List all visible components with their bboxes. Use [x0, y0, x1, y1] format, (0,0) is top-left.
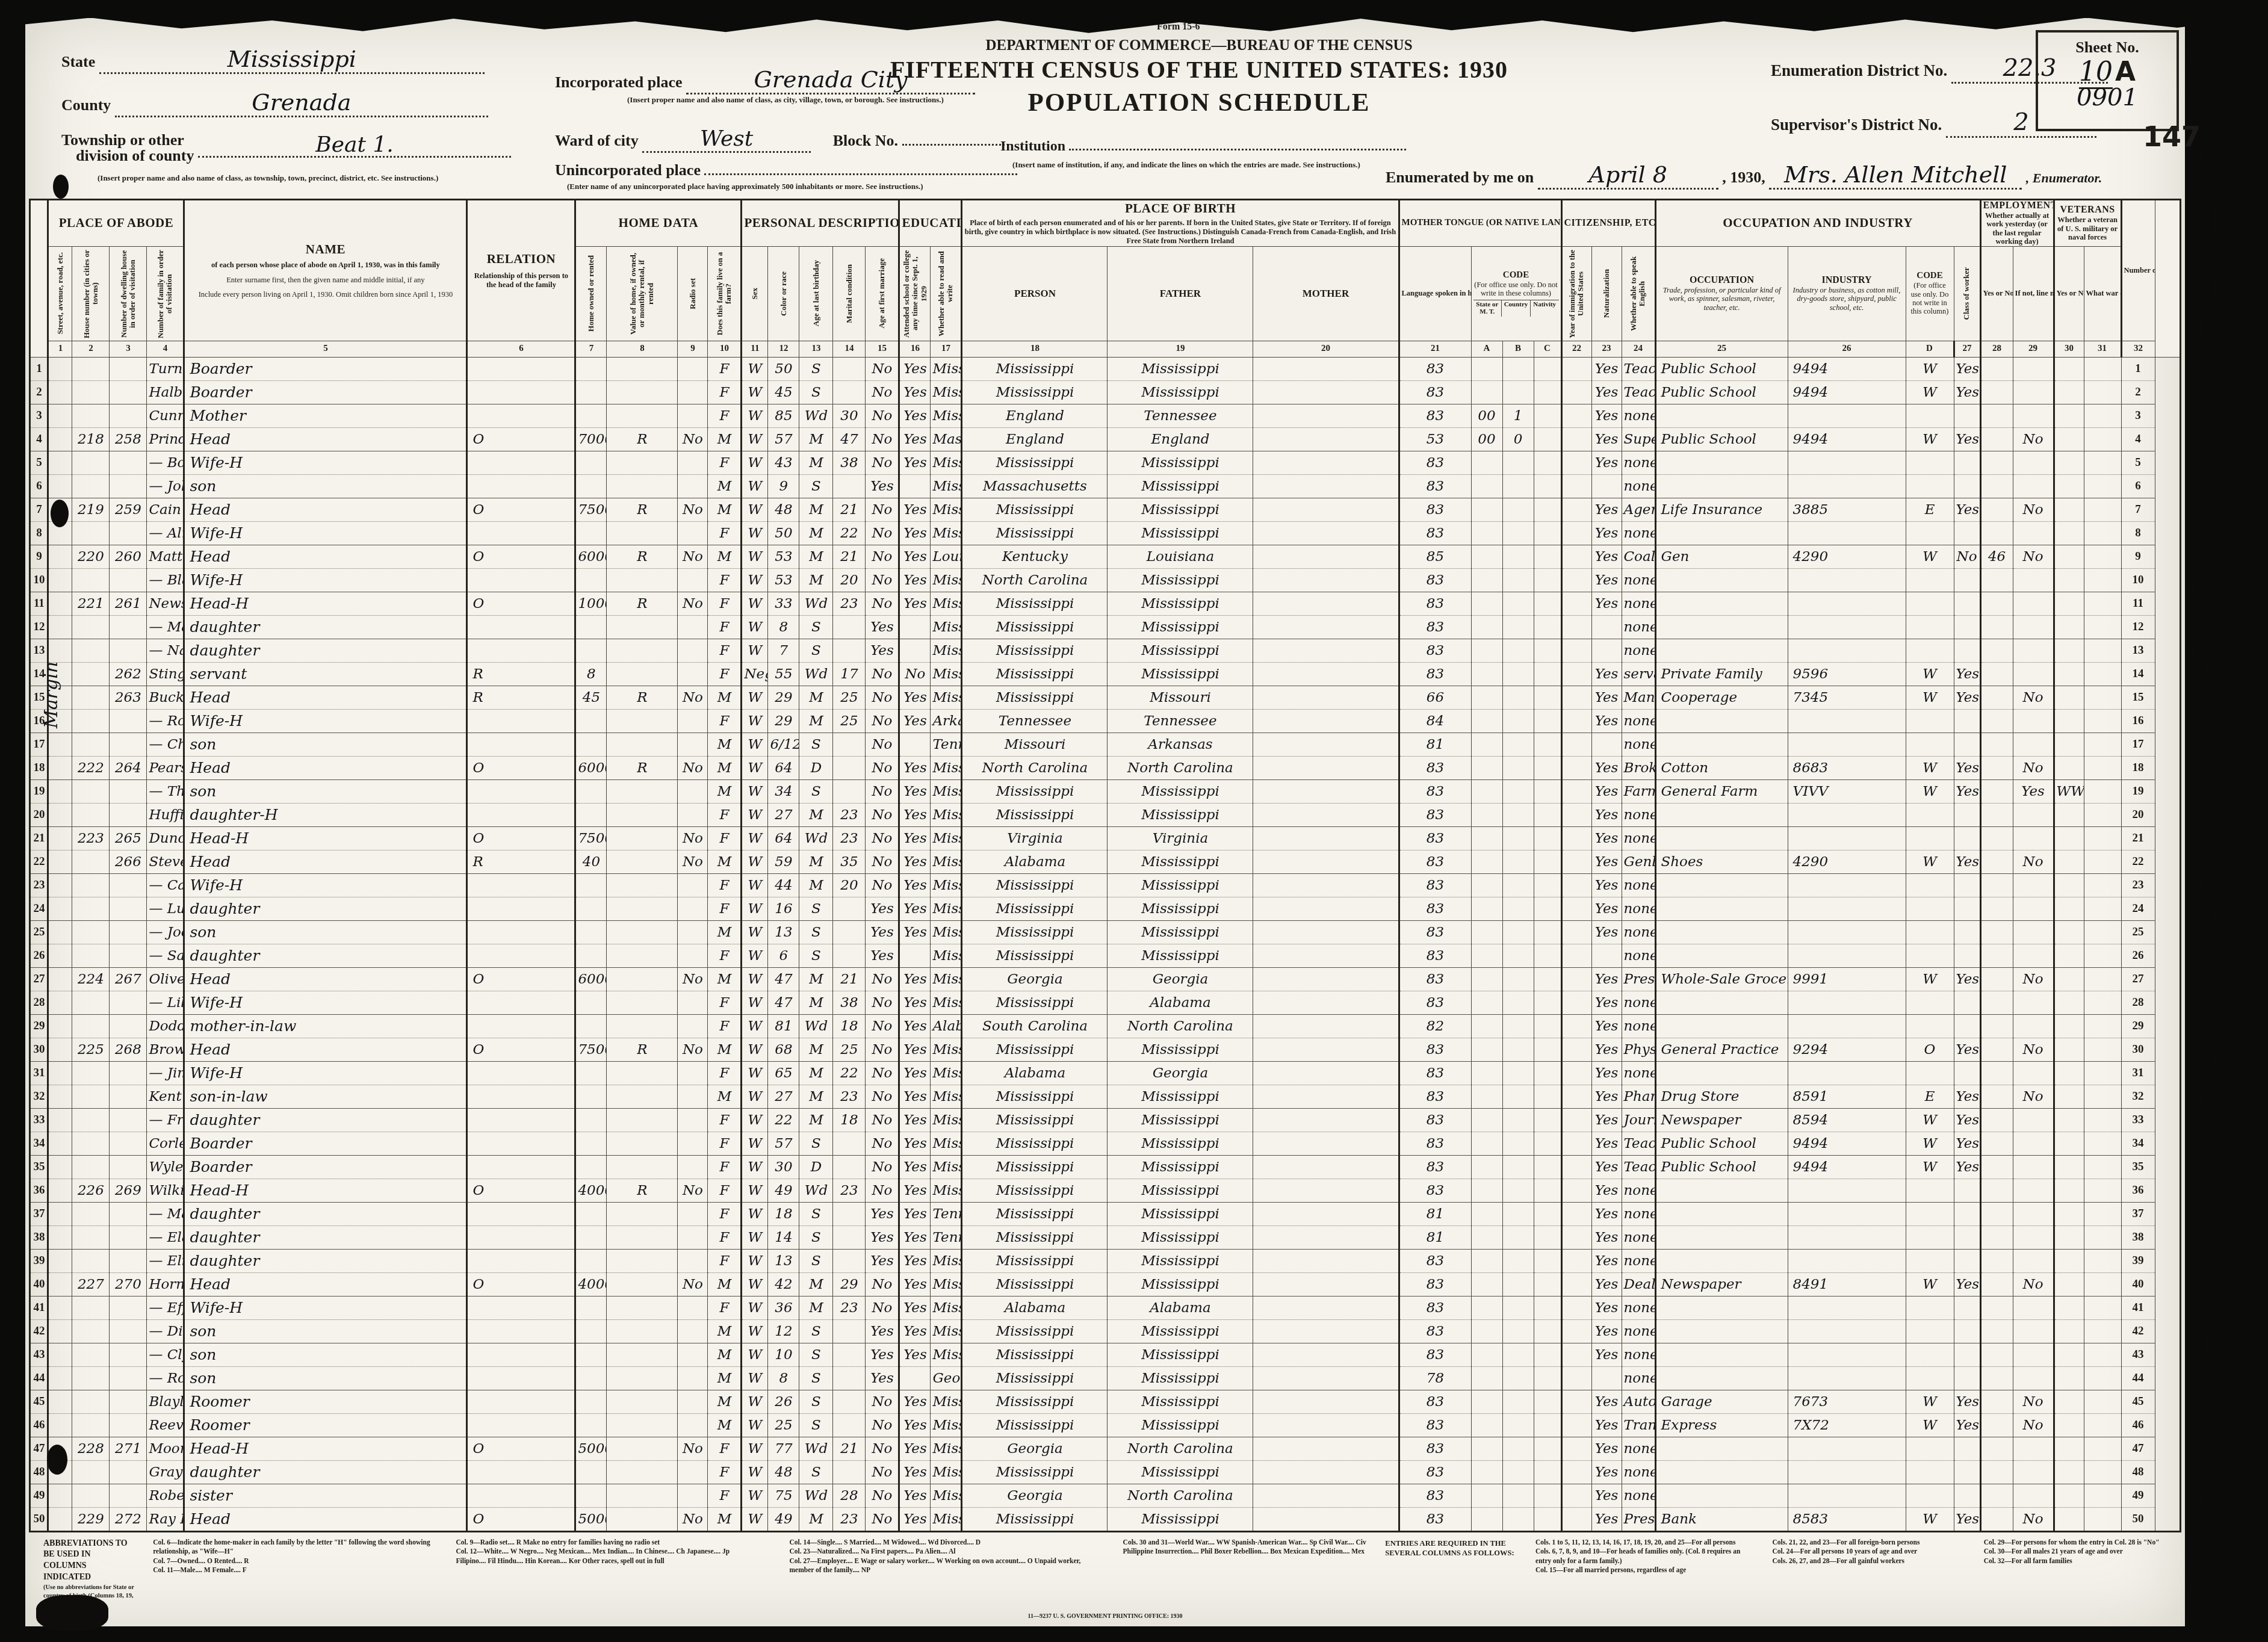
- cell-color: 6: [768, 944, 799, 967]
- cell-age: S: [799, 357, 833, 380]
- cell-industry: 9494: [1788, 380, 1906, 404]
- table-row: 46Reeves FrankRoomerMW25SNoYesMississipp…: [30, 1413, 2180, 1437]
- cell-radio: No: [678, 1437, 708, 1460]
- col-birth-father: FATHER: [1108, 246, 1253, 341]
- cell-marital: 47: [833, 427, 866, 451]
- cell-age-married: No: [866, 1390, 899, 1413]
- cell-code-a: [1471, 686, 1502, 709]
- cell-at-work: [1980, 944, 2013, 967]
- cell-industry: 9494: [1788, 1155, 1906, 1179]
- col-family-number: Number of family in order of visitation: [147, 246, 184, 341]
- cell-age: S: [799, 1366, 833, 1390]
- cell-naturalization: Yes: [1591, 803, 1622, 826]
- table-row: 45Blaylock GeorgeRoomerMW26SNoYesMississ…: [30, 1390, 2180, 1413]
- cell-code-a: [1471, 1319, 1502, 1343]
- cell-family: — Thomas: [147, 779, 184, 803]
- cell-read: Mississippi: [931, 404, 962, 427]
- cell-english: Teacher: [1622, 1132, 1655, 1155]
- cell-war: [2084, 404, 2121, 427]
- line-number-left: 6: [30, 474, 48, 498]
- cell-unemployment-line: [2013, 733, 2054, 756]
- cell-industry: [1788, 474, 1906, 498]
- cell-dwelling: [110, 1155, 147, 1179]
- cell-name: Mother: [184, 404, 467, 427]
- cell-tongue: 83: [1399, 1108, 1471, 1132]
- cell-tongue: 82: [1399, 1014, 1471, 1038]
- line-col-right: [2155, 200, 2180, 358]
- cell-class: [1954, 1225, 1980, 1249]
- cell-color: 12: [768, 1319, 799, 1343]
- cell-industry: 9494: [1788, 427, 1906, 451]
- cell-code-d: [1906, 897, 1954, 920]
- cell-code-c: [1534, 568, 1561, 592]
- cell-at-work: [1980, 1038, 2013, 1061]
- cell-unemployment-line: [2013, 357, 2054, 380]
- cell-marital: 25: [833, 686, 866, 709]
- cell-naturalization: [1591, 615, 1622, 639]
- cell-farm: F: [708, 404, 742, 427]
- cell-radio: No: [678, 967, 708, 991]
- cell-english: none: [1622, 639, 1655, 662]
- cell-naturalization: Yes: [1591, 1390, 1622, 1413]
- cell-value: [607, 873, 678, 897]
- cell-naturalization: Yes: [1591, 1460, 1622, 1484]
- cell-dwelling: [110, 944, 147, 967]
- cell-code-a: [1471, 521, 1502, 545]
- cell-veteran: [2054, 404, 2084, 427]
- cell-naturalization: Yes: [1591, 357, 1622, 380]
- cell-at-work: [1980, 1437, 2013, 1460]
- cell-birth-person: Mississippi: [962, 1225, 1108, 1249]
- cell-immigration: [1561, 498, 1591, 521]
- cell-school: Yes: [899, 451, 931, 474]
- cell-value: R: [607, 498, 678, 521]
- cell-school: Yes: [899, 1319, 931, 1343]
- table-row: 11221261Newsom Mary E.Head-HO10000RNoFW3…: [30, 592, 2180, 615]
- cell-name: Roomer: [184, 1390, 467, 1413]
- cell-school: Yes: [899, 709, 931, 733]
- cell-name: Head: [184, 545, 467, 568]
- cell-age: Wd: [799, 1014, 833, 1038]
- cell-birth-person: Mississippi: [962, 1343, 1108, 1366]
- cell-occupation: [1655, 944, 1788, 967]
- cell-tongue: 83: [1399, 1484, 1471, 1507]
- cell-industry: 8594: [1788, 1108, 1906, 1132]
- line-number-right: 28: [2121, 991, 2155, 1014]
- schedule-subtitle: POPULATION SCHEDULE: [940, 88, 1458, 117]
- cell-code-c: [1534, 427, 1561, 451]
- cell-farm: M: [708, 756, 742, 779]
- cell-family: Stingly Anna: [147, 662, 184, 686]
- cell-veteran: [2054, 545, 2084, 568]
- cell-family: Moore Bettie R.: [147, 1437, 184, 1460]
- cell-age-married: No: [866, 521, 899, 545]
- cell-naturalization: Yes: [1591, 1343, 1622, 1366]
- cell-farm: M: [708, 779, 742, 803]
- cell-war: [2084, 991, 2121, 1014]
- cell-birth-person: Mississippi: [962, 1413, 1108, 1437]
- cell-code-a: [1471, 1507, 1502, 1531]
- cell-age: D: [799, 1155, 833, 1179]
- cell-name: son: [184, 1366, 467, 1390]
- cell-street: [48, 1202, 72, 1225]
- cell-at-work: [1980, 1484, 2013, 1507]
- line-number-left: 24: [30, 897, 48, 920]
- cell-radio: [678, 404, 708, 427]
- cell-naturalization: [1591, 1366, 1622, 1390]
- table-row: 41— EffieWife-HFW36M23NoYesMississippiAl…: [30, 1296, 2180, 1319]
- cell-industry: [1788, 873, 1906, 897]
- cell-birth-person: Mississippi: [962, 615, 1108, 639]
- column-number-9: 9: [678, 341, 708, 357]
- column-number-10: 10: [708, 341, 742, 357]
- cell-age: M: [799, 1108, 833, 1132]
- cell-veteran: [2054, 1202, 2084, 1225]
- col-color-race: Color or race: [768, 246, 799, 341]
- table-row: 36226269Wilkins ElaiseHead-HO4000RNoFW49…: [30, 1179, 2180, 1202]
- cell-birth-father: Mississippi: [1108, 1225, 1253, 1249]
- cell-at-work: [1980, 1108, 2013, 1132]
- cell-unemployment-line: No: [2013, 967, 2054, 991]
- cell-class: [1954, 897, 1980, 920]
- cell-birth-father: Mississippi: [1108, 1390, 1253, 1413]
- abbr-block-3: Col. 14—Single.... S Married.... M Widow…: [790, 1538, 1105, 1609]
- cell-house: [72, 803, 110, 826]
- cell-birth-mother: [1253, 1155, 1399, 1179]
- cell-tongue: 66: [1399, 686, 1471, 709]
- line-number-left: 50: [30, 1507, 48, 1531]
- cell-industry: [1788, 615, 1906, 639]
- cell-class: [1954, 474, 1980, 498]
- cell-house: [72, 1249, 110, 1272]
- cell-sex: W: [742, 1343, 768, 1366]
- cell-occupation: [1655, 1014, 1788, 1038]
- line-number-left: 31: [30, 1061, 48, 1085]
- cell-industry: [1788, 1484, 1906, 1507]
- cell-sex: W: [742, 1507, 768, 1531]
- cell-farm: F: [708, 1179, 742, 1202]
- cell-relation: [467, 1366, 575, 1390]
- cell-age: M: [799, 568, 833, 592]
- cell-age-married: No: [866, 709, 899, 733]
- cell-war: [2084, 1132, 2121, 1155]
- cell-naturalization: Yes: [1591, 1225, 1622, 1249]
- cell-school: Yes: [899, 545, 931, 568]
- cell-class: [1954, 1179, 1980, 1202]
- cell-industry: 9494: [1788, 1132, 1906, 1155]
- cell-birth-father: Arkansas: [1108, 733, 1253, 756]
- cell-street: [48, 756, 72, 779]
- col-dwelling-number: Number of dwelling house in order of vis…: [110, 246, 147, 341]
- cell-color: 8: [768, 1366, 799, 1390]
- cell-code-c: [1534, 380, 1561, 404]
- cell-house: 223: [72, 826, 110, 850]
- cell-value: [607, 803, 678, 826]
- paper-sheet: Form 15-6 DEPARTMENT OF COMMERCE—BUREAU …: [25, 18, 2185, 1630]
- cell-at-work: [1980, 1319, 2013, 1343]
- cell-naturalization: Yes: [1591, 1484, 1622, 1507]
- cell-color: 18: [768, 1202, 799, 1225]
- cell-marital: 23: [833, 826, 866, 850]
- cell-name: Head: [184, 756, 467, 779]
- line-number-left: 44: [30, 1366, 48, 1390]
- cell-naturalization: Yes: [1591, 1038, 1622, 1061]
- cell-class: [1954, 826, 1980, 850]
- cell-code-c: [1534, 1343, 1561, 1366]
- cell-house: [72, 1343, 110, 1366]
- cell-birth-mother: [1253, 709, 1399, 733]
- cell-farm: F: [708, 639, 742, 662]
- cell-age-married: Yes: [866, 1249, 899, 1272]
- cell-name: sister: [184, 1484, 467, 1507]
- cell-english: none: [1622, 1319, 1655, 1343]
- cell-family: Cunningham Sarah: [147, 404, 184, 427]
- cell-owned: 7000: [575, 427, 607, 451]
- cell-code-d: [1906, 709, 1954, 733]
- line-number-left: 38: [30, 1225, 48, 1249]
- cell-dwelling: 264: [110, 756, 147, 779]
- cell-birth-father: Mississippi: [1108, 615, 1253, 639]
- cell-house: [72, 357, 110, 380]
- cell-unemployment-line: [2013, 1202, 2054, 1225]
- cell-color: 47: [768, 991, 799, 1014]
- cell-industry: 9991: [1788, 967, 1906, 991]
- cell-name: Boarder: [184, 357, 467, 380]
- cell-tongue: 83: [1399, 1319, 1471, 1343]
- cell-family: — Alma P.: [147, 521, 184, 545]
- cell-sex: W: [742, 826, 768, 850]
- cell-name: Head-H: [184, 1179, 467, 1202]
- cell-color: 14: [768, 1225, 799, 1249]
- cell-war: [2084, 498, 2121, 521]
- cell-code-b: [1502, 498, 1534, 521]
- cell-english: Broker: [1622, 756, 1655, 779]
- cell-at-work: [1980, 380, 2013, 404]
- cell-house: [72, 568, 110, 592]
- cell-school: Yes: [899, 1507, 931, 1531]
- cell-tongue: 83: [1399, 1061, 1471, 1085]
- cell-color: 85: [768, 404, 799, 427]
- line-number-right: 47: [2121, 1437, 2155, 1460]
- cell-veteran: WW: [2054, 779, 2084, 803]
- cell-birth-person: Alabama: [962, 1061, 1108, 1085]
- cell-age: S: [799, 1460, 833, 1484]
- cell-english: none: [1622, 826, 1655, 850]
- cell-marital: 18: [833, 1014, 866, 1038]
- cell-english: none: [1622, 944, 1655, 967]
- cell-occupation: [1655, 803, 1788, 826]
- line-number-left: 19: [30, 779, 48, 803]
- table-row: 50229272Ray Henry J.HeadO5000NoMW49M23No…: [30, 1507, 2180, 1531]
- cell-code-a: [1471, 662, 1502, 686]
- col-read-write: Whether able to read and write: [931, 246, 962, 341]
- cell-industry: 8591: [1788, 1085, 1906, 1108]
- cell-english: Dealer: [1622, 1272, 1655, 1296]
- cell-family: Mattingly Kemp: [147, 545, 184, 568]
- cell-marital: [833, 1155, 866, 1179]
- cell-naturalization: Yes: [1591, 380, 1622, 404]
- cell-immigration: [1561, 1249, 1591, 1272]
- cell-color: 53: [768, 568, 799, 592]
- cell-code-d: [1906, 1460, 1954, 1484]
- cell-birth-father: England: [1108, 427, 1253, 451]
- cell-radio: [678, 451, 708, 474]
- cell-naturalization: [1591, 944, 1622, 967]
- cell-color: 44: [768, 873, 799, 897]
- cell-immigration: [1561, 1460, 1591, 1484]
- cell-immigration: [1561, 1343, 1591, 1366]
- cell-at-work: [1980, 1343, 2013, 1366]
- cell-war: [2084, 779, 2121, 803]
- cell-code-c: [1534, 1484, 1561, 1507]
- cell-sex: W: [742, 521, 768, 545]
- line-number-left: 26: [30, 944, 48, 967]
- column-number-26: 26: [1788, 341, 1906, 357]
- cell-sex: W: [742, 1296, 768, 1319]
- cell-code-b: [1502, 1507, 1534, 1531]
- table-body: 1Turner EttaBoarderFW50SNoYesMississippi…: [30, 357, 2180, 1531]
- cell-age: M: [799, 451, 833, 474]
- cell-unemployment-line: [2013, 1484, 2054, 1507]
- census-page: Form 15-6 DEPARTMENT OF COMMERCE—BUREAU …: [0, 0, 2268, 1642]
- cell-school: Yes: [899, 1014, 931, 1038]
- cell-value: [607, 1272, 678, 1296]
- column-number-25: 25: [1655, 341, 1788, 357]
- cell-name: son: [184, 1319, 467, 1343]
- table-row: 37— Mary B.daughterFW18SYesYesTennesseeM…: [30, 1202, 2180, 1225]
- cell-birth-person: Mississippi: [962, 1155, 1108, 1179]
- cell-value: [607, 1437, 678, 1460]
- cell-age-married: No: [866, 380, 899, 404]
- cell-birth-person: South Carolina: [962, 1014, 1108, 1038]
- cell-code-d: [1906, 1179, 1954, 1202]
- cell-read: Mississippi: [931, 521, 962, 545]
- line-number-left: 22: [30, 850, 48, 873]
- cell-birth-person: Mississippi: [962, 639, 1108, 662]
- cell-family: Stevens Joe: [147, 850, 184, 873]
- table-row: 27224267Oliver James H.HeadO6000NoMW47M2…: [30, 967, 2180, 991]
- cell-relation: O: [467, 1038, 575, 1061]
- cell-immigration: [1561, 1108, 1591, 1132]
- cell-at-work: [1980, 521, 2013, 545]
- block-value: [902, 144, 1005, 146]
- cell-occupation: [1655, 568, 1788, 592]
- cell-english: Trans. Clerk: [1622, 1413, 1655, 1437]
- cell-farm: F: [708, 897, 742, 920]
- enumerator-label: , Enumerator.: [2026, 170, 2102, 185]
- cell-birth-mother: [1253, 404, 1399, 427]
- cell-code-b: 1: [1502, 404, 1534, 427]
- cell-code-b: [1502, 521, 1534, 545]
- cell-class: Yes: [1954, 1085, 1980, 1108]
- cell-immigration: [1561, 521, 1591, 545]
- cell-school: Yes: [899, 967, 931, 991]
- cell-relation: [467, 380, 575, 404]
- cell-sex: W: [742, 474, 768, 498]
- cell-marital: 29: [833, 1272, 866, 1296]
- cell-birth-person: Kentucky: [962, 545, 1108, 568]
- cell-school: Yes: [899, 1132, 931, 1155]
- cell-color: 42: [768, 1272, 799, 1296]
- cell-class: Yes: [1954, 1507, 1980, 1531]
- cell-street: [48, 427, 72, 451]
- cell-war: [2084, 1272, 2121, 1296]
- cell-age-married: No: [866, 427, 899, 451]
- cell-at-work: [1980, 850, 2013, 873]
- cell-veteran: [2054, 944, 2084, 967]
- cell-relation: R: [467, 662, 575, 686]
- cell-owned: [575, 474, 607, 498]
- line-number-left: 41: [30, 1296, 48, 1319]
- cell-immigration: [1561, 1038, 1591, 1061]
- cell-sex: W: [742, 545, 768, 568]
- col-street: Street, avenue, road, etc.: [48, 246, 72, 341]
- cell-marital: 22: [833, 1061, 866, 1085]
- cell-street: [48, 451, 72, 474]
- line-number-right: 39: [2121, 1249, 2155, 1272]
- cell-class: Yes: [1954, 1390, 1980, 1413]
- cell-birth-mother: [1253, 568, 1399, 592]
- cell-naturalization: Yes: [1591, 1507, 1622, 1531]
- table-row: 22266Stevens JoeHeadR40NoMW59M35NoYesMis…: [30, 850, 2180, 873]
- cell-owned: [575, 1155, 607, 1179]
- cell-owned: [575, 991, 607, 1014]
- cell-code-a: [1471, 826, 1502, 850]
- cell-owned: [575, 615, 607, 639]
- cell-birth-mother: [1253, 1272, 1399, 1296]
- cell-street: [48, 826, 72, 850]
- cell-relation: [467, 451, 575, 474]
- table-row: 44— RobertsonMW8SYesGeorgiaMississippiMi…: [30, 1366, 2180, 1390]
- cell-english: none: [1622, 1460, 1655, 1484]
- line-number-right: 20: [2121, 803, 2155, 826]
- cell-school: Yes: [899, 1437, 931, 1460]
- line-number-left: 47: [30, 1437, 48, 1460]
- cell-marital: [833, 779, 866, 803]
- cell-color: 13: [768, 1249, 799, 1272]
- cell-tongue: 83: [1399, 568, 1471, 592]
- cell-code-d: [1906, 1249, 1954, 1272]
- cell-birth-mother: [1253, 474, 1399, 498]
- cell-birth-mother: [1253, 1413, 1399, 1437]
- cell-war: [2084, 592, 2121, 615]
- cell-owned: [575, 1249, 607, 1272]
- cell-code-d: [1906, 1225, 1954, 1249]
- cell-tongue: 81: [1399, 733, 1471, 756]
- column-number-30: 30: [2054, 341, 2084, 357]
- cell-english: none: [1622, 1484, 1655, 1507]
- cell-school: Yes: [899, 521, 931, 545]
- cell-code-c: [1534, 1413, 1561, 1437]
- line-number-right: 24: [2121, 897, 2155, 920]
- cell-farm: F: [708, 521, 742, 545]
- cell-naturalization: Yes: [1591, 1108, 1622, 1132]
- cell-family: Newsom Mary E.: [147, 592, 184, 615]
- cell-code-d: [1906, 1484, 1954, 1507]
- cell-owned: 6000: [575, 545, 607, 568]
- cell-code-b: [1502, 686, 1534, 709]
- cell-at-work: [1980, 592, 2013, 615]
- cell-age-married: No: [866, 1132, 899, 1155]
- cell-dwelling: [110, 873, 147, 897]
- cell-dwelling: [110, 1319, 147, 1343]
- cell-read: Mississippi: [931, 920, 962, 944]
- cell-house: [72, 474, 110, 498]
- cell-farm: F: [708, 803, 742, 826]
- cell-dwelling: 260: [110, 545, 147, 568]
- cell-radio: [678, 1085, 708, 1108]
- cell-english: none: [1622, 873, 1655, 897]
